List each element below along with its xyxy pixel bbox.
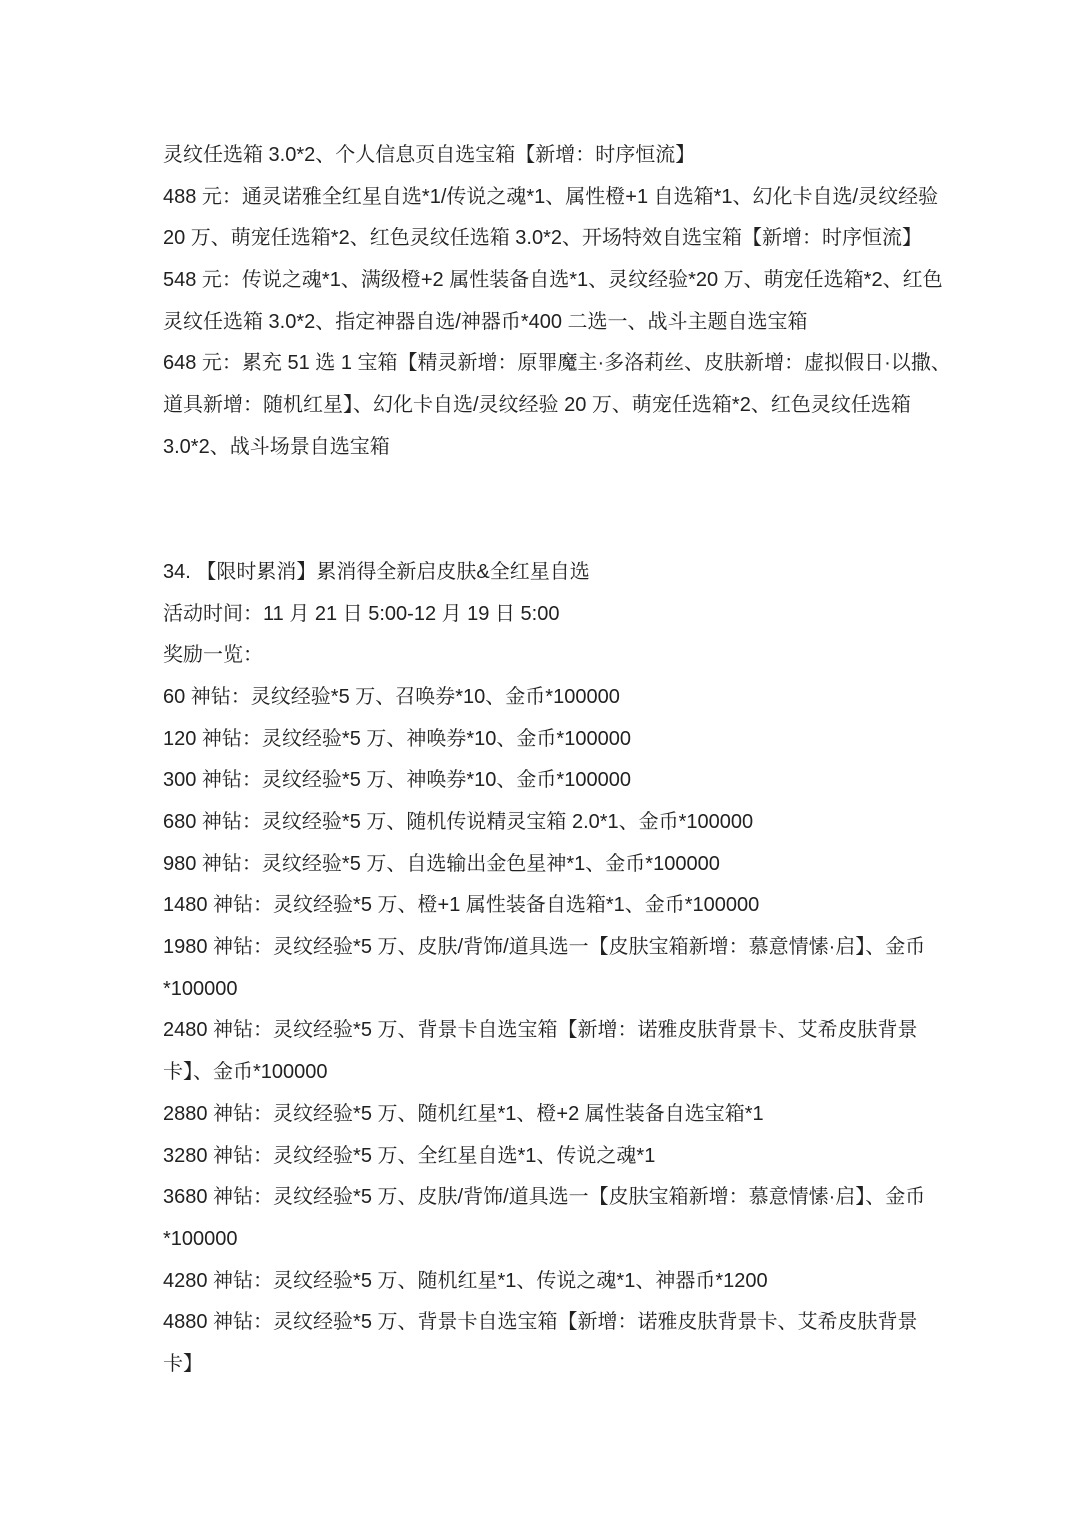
text-line: 活动时间：11 月 21 日 5:00-12 月 19 日 5:00 xyxy=(163,594,948,636)
text-line: 34. 【限时累消】累消得全新启皮肤&全红星自选 xyxy=(163,552,948,594)
text-line: 648 元：累充 51 选 1 宝箱【精灵新增：原罪魔主·多洛莉丝、皮肤新增：虚… xyxy=(163,343,948,385)
text-line: 20 万、萌宠任选箱*2、红色灵纹任选箱 3.0*2、开场特效自选宝箱【新增：时… xyxy=(163,218,948,260)
text-line: 300 神钻：灵纹经验*5 万、神唤券*10、金币*100000 xyxy=(163,760,948,802)
text-line: 2880 神钻：灵纹经验*5 万、随机红星*1、橙+2 属性装备自选宝箱*1 xyxy=(163,1094,948,1136)
text-line: 3680 神钻：灵纹经验*5 万、皮肤/背饰/道具选一【皮肤宝箱新增：慕意情愫·… xyxy=(163,1177,948,1219)
text-line: 4280 神钻：灵纹经验*5 万、随机红星*1、传说之魂*1、神器币*1200 xyxy=(163,1261,948,1303)
text-line: 980 神钻：灵纹经验*5 万、自选输出金色星神*1、金币*100000 xyxy=(163,844,948,886)
blank-line xyxy=(163,510,948,552)
text-line: 120 神钻：灵纹经验*5 万、神唤券*10、金币*100000 xyxy=(163,719,948,761)
text-line: 3280 神钻：灵纹经验*5 万、全红星自选*1、传说之魂*1 xyxy=(163,1136,948,1178)
text-line: 灵纹任选箱 3.0*2、指定神器自选/神器币*400 二选一、战斗主题自选宝箱 xyxy=(163,302,948,344)
text-line: *100000 xyxy=(163,1219,948,1261)
document-content: 灵纹任选箱 3.0*2、个人信息页自选宝箱【新增：时序恒流】488 元：通灵诺雅… xyxy=(163,135,948,1386)
text-line: 灵纹任选箱 3.0*2、个人信息页自选宝箱【新增：时序恒流】 xyxy=(163,135,948,177)
text-line: 1480 神钻：灵纹经验*5 万、橙+1 属性装备自选箱*1、金币*100000 xyxy=(163,885,948,927)
text-line: 1980 神钻：灵纹经验*5 万、皮肤/背饰/道具选一【皮肤宝箱新增：慕意情愫·… xyxy=(163,927,948,969)
text-line: 4880 神钻：灵纹经验*5 万、背景卡自选宝箱【新增：诺雅皮肤背景卡、艾希皮肤… xyxy=(163,1302,948,1344)
text-line: *100000 xyxy=(163,969,948,1011)
text-line: 卡】 xyxy=(163,1344,948,1386)
text-line: 60 神钻：灵纹经验*5 万、召唤券*10、金币*100000 xyxy=(163,677,948,719)
text-line: 道具新增：随机红星】、幻化卡自选/灵纹经验 20 万、萌宠任选箱*2、红色灵纹任… xyxy=(163,385,948,427)
text-line: 奖励一览： xyxy=(163,635,948,677)
text-line: 680 神钻：灵纹经验*5 万、随机传说精灵宝箱 2.0*1、金币*100000 xyxy=(163,802,948,844)
text-line: 488 元：通灵诺雅全红星自选*1/传说之魂*1、属性橙+1 自选箱*1、幻化卡… xyxy=(163,177,948,219)
text-line: 2480 神钻：灵纹经验*5 万、背景卡自选宝箱【新增：诺雅皮肤背景卡、艾希皮肤… xyxy=(163,1010,948,1052)
blank-line xyxy=(163,469,948,511)
text-line: 548 元：传说之魂*1、满级橙+2 属性装备自选*1、灵纹经验*20 万、萌宠… xyxy=(163,260,948,302)
text-line: 3.0*2、战斗场景自选宝箱 xyxy=(163,427,948,469)
text-line: 卡】、金币*100000 xyxy=(163,1052,948,1094)
document-page: 灵纹任选箱 3.0*2、个人信息页自选宝箱【新增：时序恒流】488 元：通灵诺雅… xyxy=(0,0,1080,1527)
